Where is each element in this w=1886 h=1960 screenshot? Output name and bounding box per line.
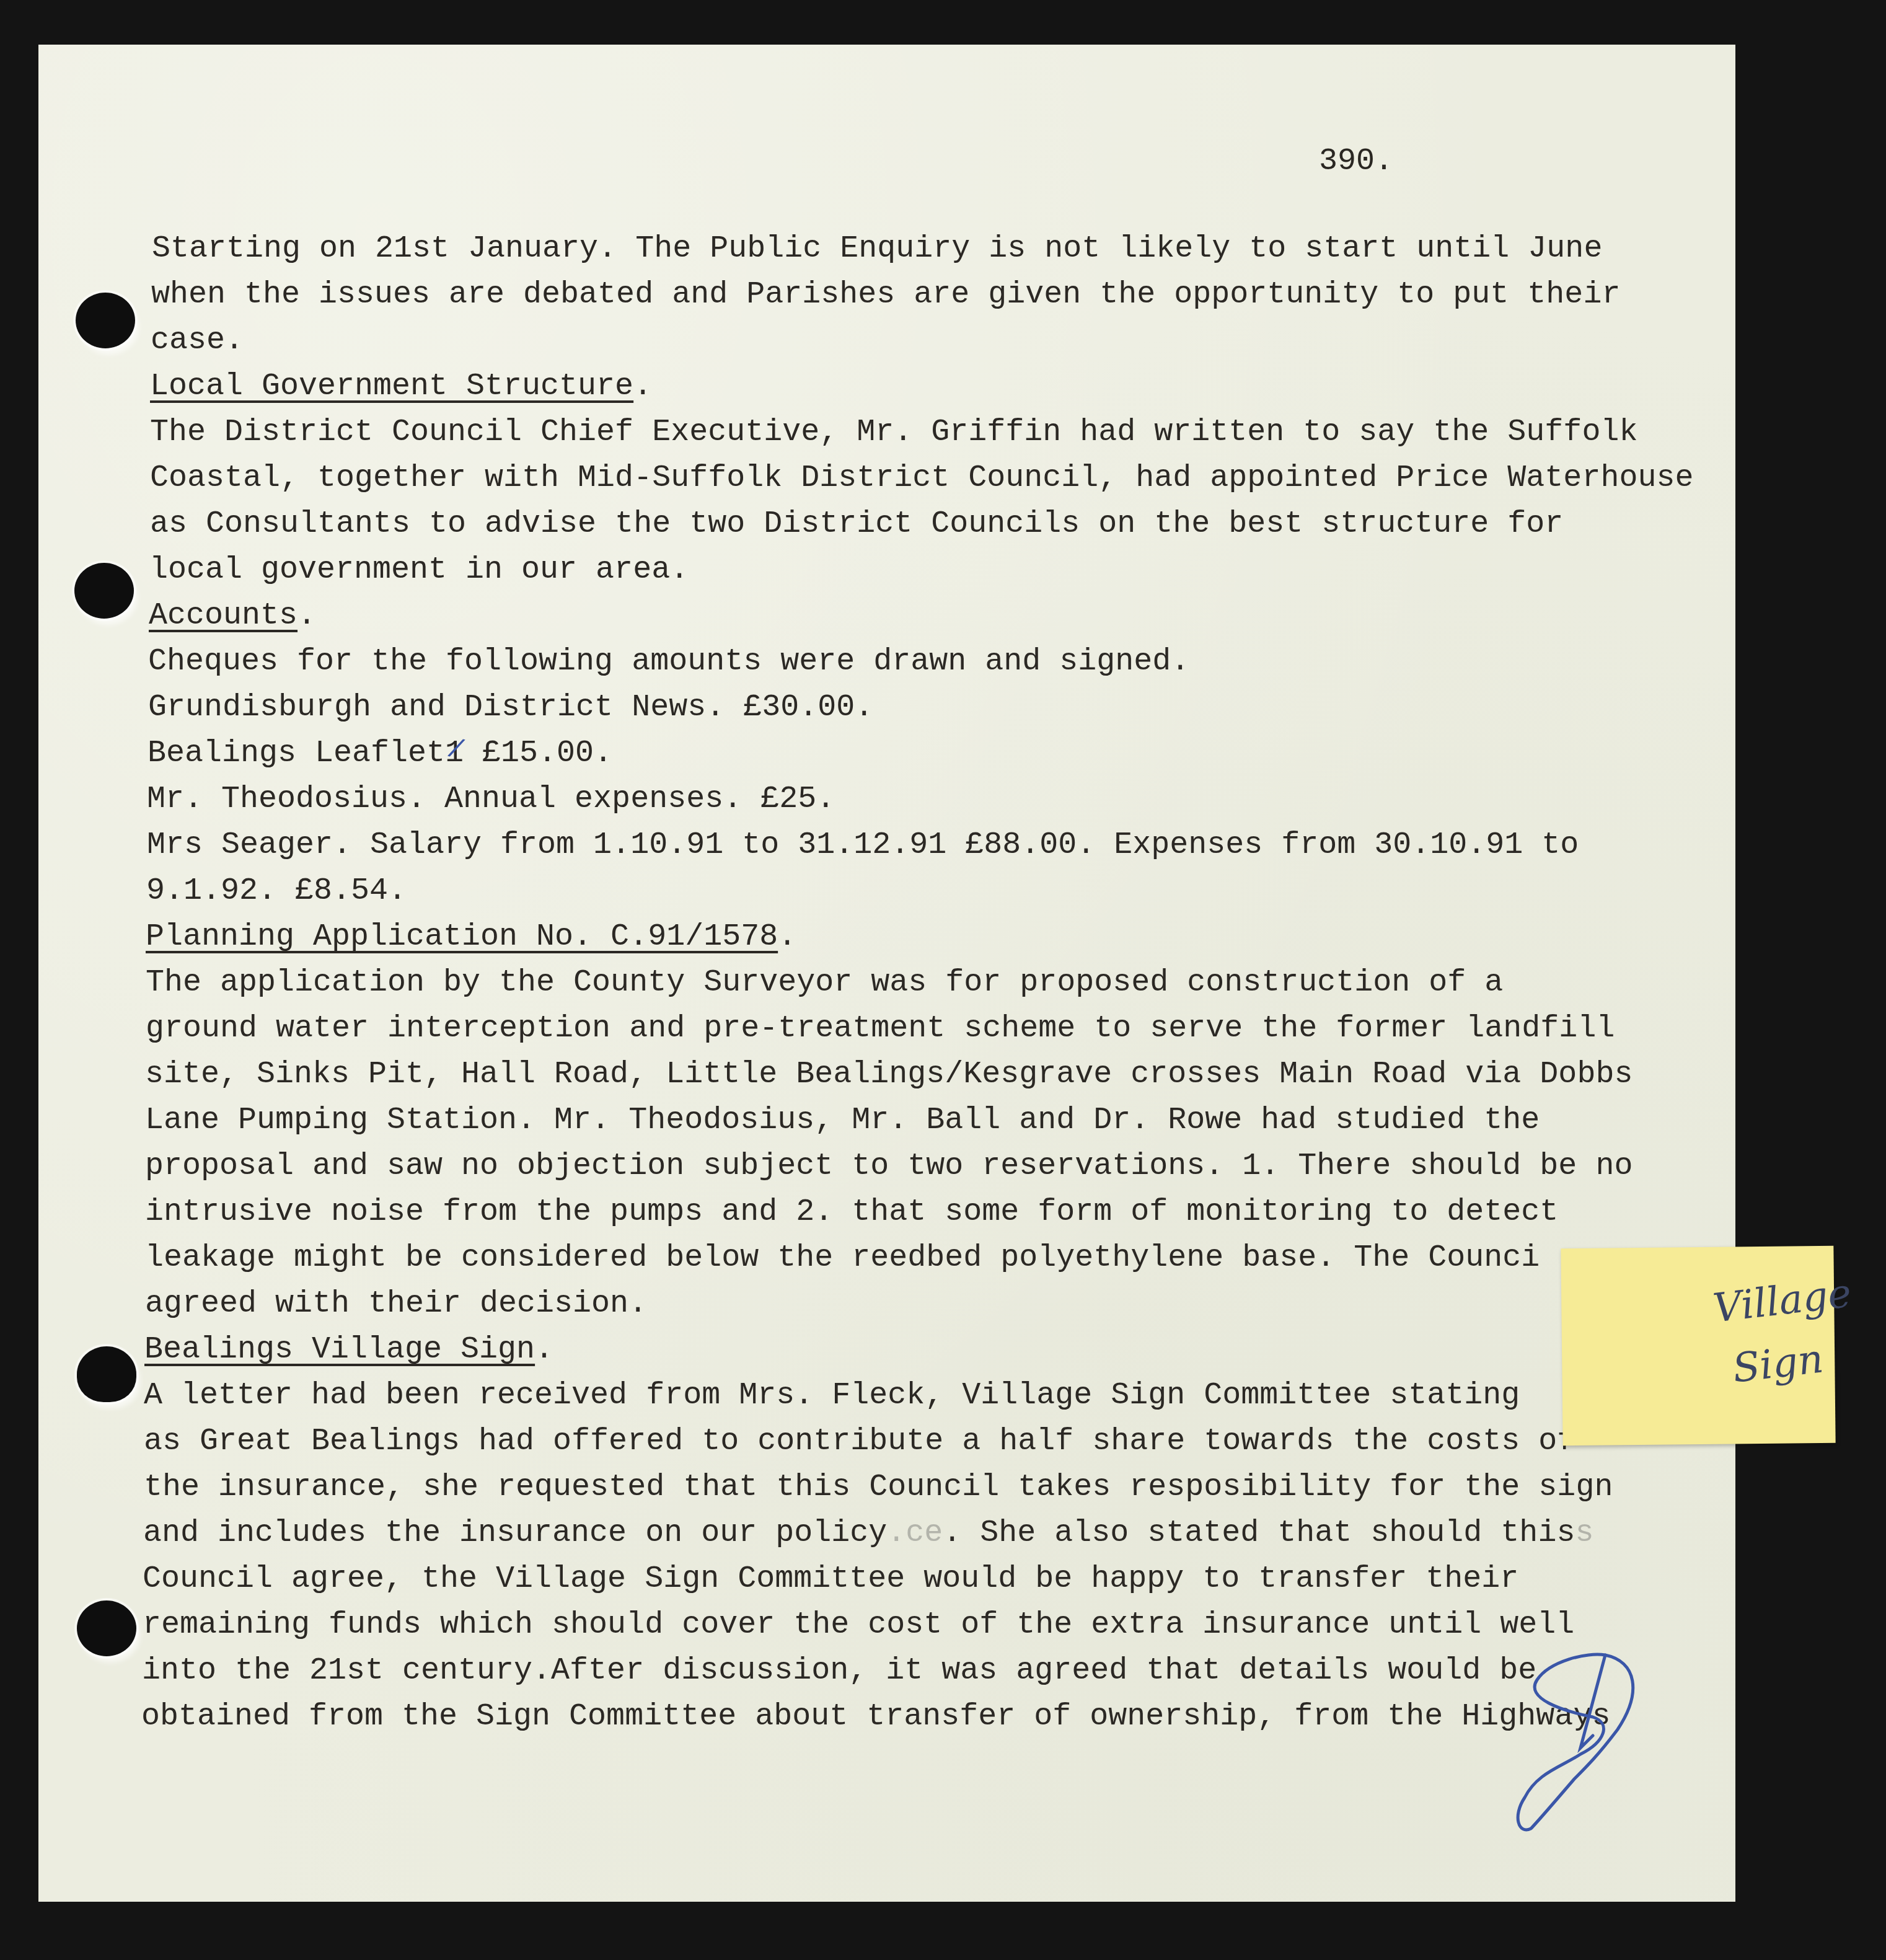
section-heading-local-government: Local Government Structure. (150, 368, 652, 405)
overtyped-correction: 1/ (445, 736, 464, 771)
body-line: when the issues are debated and Parishes… (151, 276, 1620, 314)
section-heading-planning: Planning Application No. C.91/1578. (146, 919, 796, 956)
heading-text: Planning Application No. C.91/1578 (146, 919, 778, 955)
body-line: as Great Bealings had offered to contrib… (144, 1423, 1575, 1460)
body-line: as Consultants to advise the two Distric… (150, 506, 1563, 543)
body-line: agreed with their decision. (145, 1286, 647, 1323)
heading-text: Bealings Village Sign (144, 1332, 535, 1367)
binder-hole-icon (77, 1346, 136, 1402)
body-line: Mr. Theodosius. Annual expenses. £25. (147, 781, 835, 818)
binder-hole-icon (74, 563, 134, 619)
heading-text: Local Government Structure (150, 369, 633, 404)
body-line: Lane Pumping Station. Mr. Theodosius, Mr… (145, 1102, 1540, 1139)
body-line: Cheques for the following amounts were d… (148, 643, 1189, 681)
body-line: The application by the County Surveyor w… (146, 965, 1503, 1002)
body-line: obtained from the Sign Committee about t… (141, 1698, 1610, 1736)
body-line: into the 21st century.After discussion, … (142, 1653, 1536, 1690)
page-number: 390. (1319, 144, 1393, 179)
body-line: Coastal, together with Mid-Suffolk Distr… (150, 460, 1693, 497)
body-line-policy: and includes the insurance on our policy… (143, 1515, 1593, 1552)
body-line: site, Sinks Pit, Hall Road, Little Beali… (145, 1056, 1633, 1093)
overtyped-ghost-text: s (1575, 1516, 1593, 1551)
binder-hole-icon (77, 1600, 136, 1656)
overtyped-ghost-text: .ce (887, 1516, 943, 1551)
handwritten-initial-icon (1512, 1649, 1649, 1835)
body-line: Council agree, the Village Sign Committe… (143, 1561, 1518, 1598)
body-line: remaining funds which should cover the c… (143, 1607, 1574, 1644)
body-line: local government in our area. (149, 552, 689, 589)
heading-text: Accounts (149, 598, 297, 633)
body-line: case. (151, 322, 244, 360)
body-line-leaflet: Bealings Leaflet1/ £15.00. (148, 735, 612, 772)
heading-suffix: . (633, 369, 652, 404)
body-line: intrusive noise from the pumps and 2. th… (145, 1194, 1558, 1231)
leaflet-suffix: £15.00. (464, 736, 612, 771)
body-line: Starting on 21st January. The Public Enq… (152, 231, 1602, 268)
binder-hole-icon (76, 293, 135, 348)
sticky-note-handwriting: Village Sign (1710, 1265, 1841, 1402)
heading-suffix: . (297, 598, 316, 633)
body-line: A letter had been received from Mrs. Fle… (144, 1377, 1520, 1415)
body-line: The District Council Chief Executive, Mr… (150, 414, 1637, 451)
body-line: leakage might be considered below the re… (145, 1240, 1540, 1277)
section-heading-accounts: Accounts. (149, 598, 316, 635)
body-line: Grundisburgh and District News. £30.00. (148, 689, 873, 726)
sticky-note[interactable]: Village Sign (1561, 1246, 1835, 1446)
body-line: proposal and saw no objection subject to… (145, 1148, 1633, 1185)
body-line: 9.1.92. £8.54. (146, 873, 407, 910)
body-line: ground water interception and pre-treatm… (146, 1010, 1615, 1048)
heading-suffix: . (778, 919, 796, 955)
leaflet-prefix: Bealings Leaflet (148, 736, 445, 771)
heading-suffix: . (535, 1332, 553, 1367)
section-heading-village-sign: Bealings Village Sign. (144, 1331, 553, 1369)
body-line: Mrs Seager. Salary from 1.10.91 to 31.12… (147, 827, 1579, 864)
body-line: the insurance, she requested that this C… (144, 1469, 1613, 1506)
